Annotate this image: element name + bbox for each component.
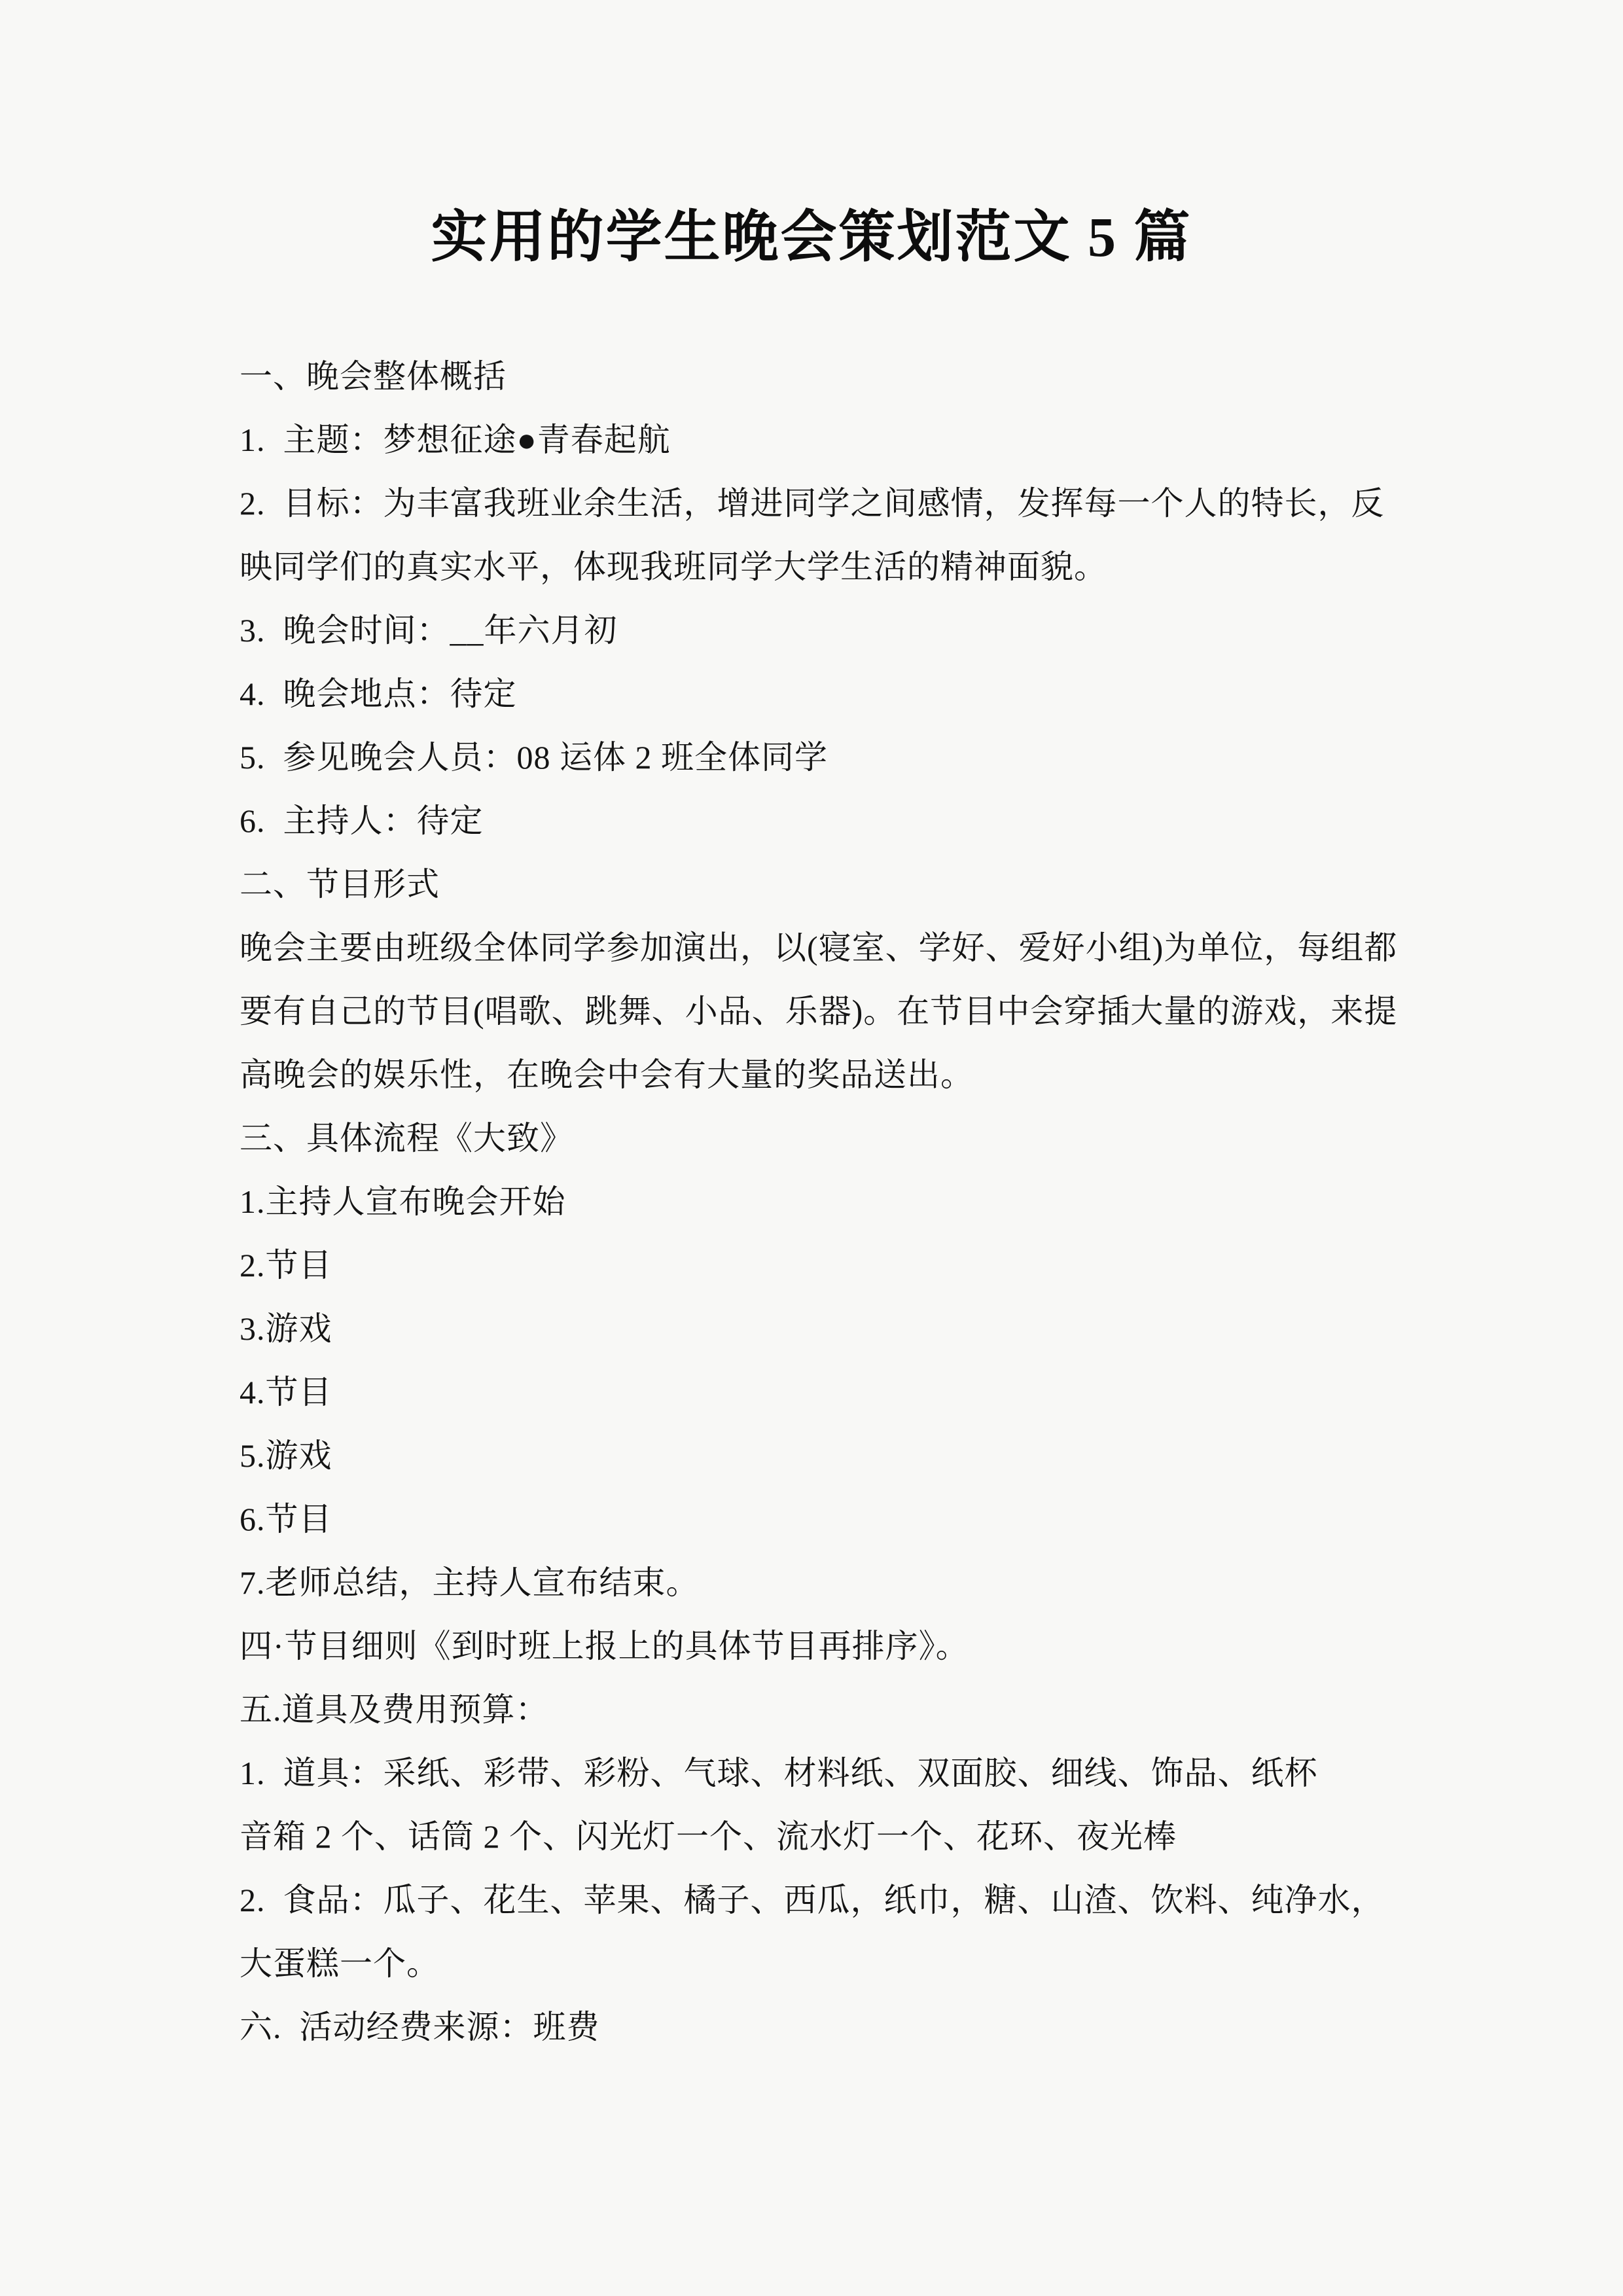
section-heading-3: 三、具体流程《大致》 (240, 1107, 1394, 1170)
budget-item-props: 1. 道具：采纸、彩带、彩粉、气球、材料纸、双面胶、细线、饰品、纸杯 (240, 1742, 1394, 1805)
list-item-place: 4. 晚会地点：待定 (240, 662, 1394, 726)
flow-step-7: 7.老师总结，主持人宣布结束。 (240, 1551, 1394, 1615)
list-item-host: 6. 主持人：待定 (240, 789, 1394, 853)
document-page: 实用的学生晚会策划范文 5 篇 一、晚会整体概括 1. 主题：梦想征途●青春起航… (0, 0, 1623, 2296)
paragraph-format-line-1: 晚会主要由班级全体同学参加演出，以(寝室、学好、爱好小组)为单位，每组都 (240, 916, 1394, 980)
flow-step-4: 4.节目 (240, 1361, 1394, 1424)
page-title: 实用的学生晚会策划范文 5 篇 (0, 191, 1623, 283)
flow-step-3: 3.游戏 (240, 1297, 1394, 1361)
budget-item-props-continued: 音箱 2 个、话筒 2 个、闪光灯一个、流水灯一个、花环、夜光棒 (240, 1805, 1394, 1869)
flow-step-6: 6.节目 (240, 1488, 1394, 1551)
list-item-goal: 2. 目标：为丰富我班业余生活，增进同学之间感情，发挥每一个人的特长，反 (240, 472, 1394, 535)
list-item-theme: 1. 主题：梦想征途●青春起航 (240, 408, 1394, 472)
flow-step-2: 2.节目 (240, 1234, 1394, 1297)
flow-step-1: 1.主持人宣布晚会开始 (240, 1170, 1394, 1234)
document-body: 一、晚会整体概括 1. 主题：梦想征途●青春起航 2. 目标：为丰富我班业余生活… (240, 345, 1394, 2059)
list-item-participants: 5. 参见晚会人员：08 运体 2 班全体同学 (240, 726, 1394, 789)
section-heading-2: 二、节目形式 (240, 853, 1394, 916)
paragraph-format-line-3: 高晚会的娱乐性，在晚会中会有大量的奖品送出。 (240, 1043, 1394, 1107)
section-heading-5: 五.道具及费用预算： (240, 1678, 1394, 1742)
section-heading-6: 六. 活动经费来源：班费 (240, 1996, 1394, 2059)
section-heading-1: 一、晚会整体概括 (240, 345, 1394, 408)
section-heading-4: 四·节目细则《到时班上报上的具体节目再排序》。 (240, 1615, 1394, 1678)
paragraph-format-line-2: 要有自己的节目(唱歌、跳舞、小品、乐器)。在节目中会穿插大量的游戏，来提 (240, 980, 1394, 1043)
list-item-goal-continued: 映同学们的真实水平，体现我班同学大学生活的精神面貌。 (240, 535, 1394, 599)
budget-item-food: 2. 食品：瓜子、花生、苹果、橘子、西瓜，纸巾，糖、山渣、饮料、纯净水， (240, 1869, 1394, 1932)
budget-item-food-continued: 大蛋糕一个。 (240, 1932, 1394, 1996)
flow-step-5: 5.游戏 (240, 1424, 1394, 1488)
list-item-time: 3. 晚会时间：__年六月初 (240, 599, 1394, 662)
